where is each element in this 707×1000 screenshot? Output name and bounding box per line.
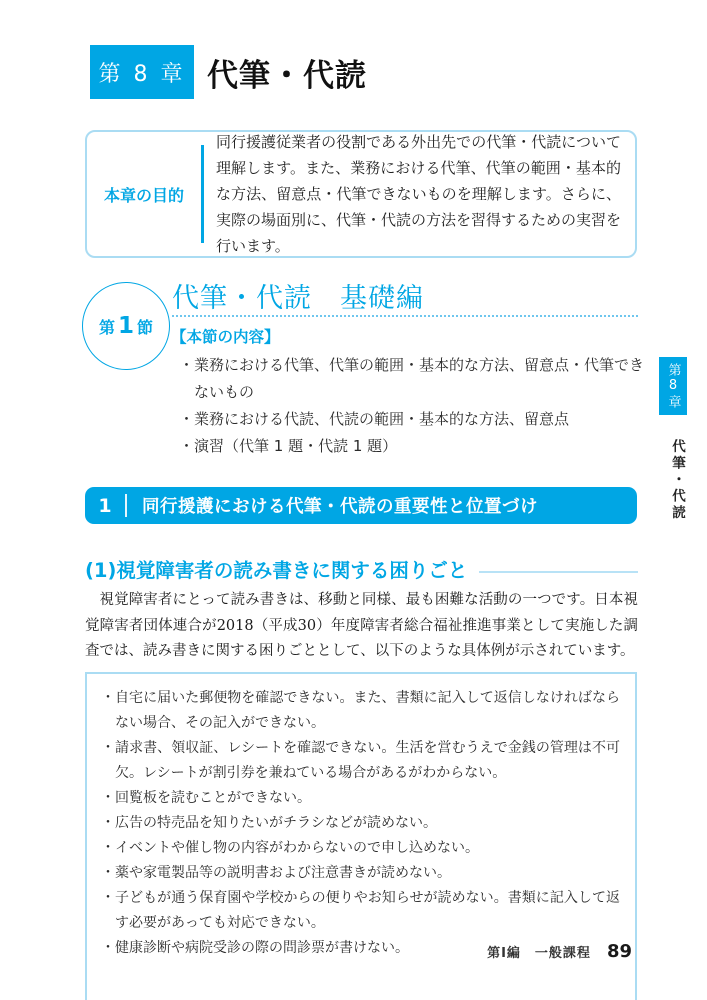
bullet-marker: ・ <box>101 740 115 756</box>
section-contents-item: ・業務における代読、代読の範囲・基本的な方法、留意点 <box>179 406 649 433</box>
purpose-text: 同行援護従業者の役割である外出先での代筆・代読について理解します。また、業務にお… <box>204 121 635 267</box>
section-badge-number: 1 <box>118 313 134 339</box>
page-footer: 第Ⅰ編 一般課程 89 <box>85 941 632 962</box>
section-badge-prefix: 第 <box>99 315 115 338</box>
bullet-marker: ・ <box>101 865 115 881</box>
side-tab-chapter-badge: 第8章 <box>659 357 687 415</box>
bullet-marker: ・ <box>101 840 115 856</box>
bullet-marker: ・ <box>101 690 115 706</box>
difficulty-item-text: 回覧板を読むことができない。 <box>115 790 311 806</box>
dotted-divider <box>172 315 638 317</box>
bullet-marker: ・ <box>179 356 194 374</box>
bullet-marker: ・ <box>101 815 115 831</box>
difficulty-item-text: 請求書、領収証、レシートを確認できない。生活を営むうえで金銭の管理は不可欠。レシ… <box>115 740 620 781</box>
difficulty-item-text: イベントや催し物の内容がわからないので申し込めない。 <box>115 840 479 856</box>
heading-rule <box>479 571 638 573</box>
section-title: 代筆・代読 基礎編 <box>172 276 424 315</box>
section-contents-item-text: 演習（代筆 1 題・代読 1 題） <box>194 437 397 455</box>
difficulty-item-text: 広告の特売品を知りたいがチラシなどが読めない。 <box>115 815 437 831</box>
page-number: 89 <box>607 941 632 962</box>
section-contents-list: ・業務における代筆、代筆の範囲・基本的な方法、留意点・代筆できないもの ・業務に… <box>179 352 649 460</box>
body-paragraph: 視覚障害者にとって読み書きは、移動と同様、最も困難な活動の一つです。日本視覚障害… <box>85 588 638 665</box>
chapter-purpose-box: 本章の目的 同行援護従業者の役割である外出先での代筆・代読について理解します。ま… <box>85 130 637 258</box>
difficulty-item-text: 子どもが通う保育園や学校からの便りやお知らせが読めない。書類に記入して返す必要が… <box>115 890 620 931</box>
difficulty-item-text: 薬や家電製品等の説明書および注意書きが読めない。 <box>115 865 451 881</box>
section-badge-suffix: 節 <box>137 315 153 338</box>
side-tab-chapter-title: 代筆・代読 <box>659 420 687 540</box>
banner-divider <box>125 494 127 517</box>
difficulty-item: ・回覧板を読むことができない。 <box>101 786 620 811</box>
section-contents-item: ・業務における代筆、代筆の範囲・基本的な方法、留意点・代筆できないもの <box>179 352 649 406</box>
bullet-marker: ・ <box>179 410 194 428</box>
difficulty-item: ・薬や家電製品等の説明書および注意書きが読めない。 <box>101 861 620 886</box>
section-number-badge: 第 1 節 <box>82 282 170 370</box>
topic-number: 1 <box>85 495 125 517</box>
section-contents-label: 【本節の内容】 <box>171 325 280 347</box>
bullet-marker: ・ <box>101 790 115 806</box>
chapter-number-badge: 第 8 章 <box>90 45 194 99</box>
difficulty-item: ・イベントや催し物の内容がわからないので申し込めない。 <box>101 836 620 861</box>
difficulty-list: ・自宅に届いた郵便物を確認できない。また、書類に記入して返信しなければならない場… <box>101 686 620 961</box>
section-contents-item: ・演習（代筆 1 題・代読 1 題） <box>179 433 649 460</box>
purpose-label: 本章の目的 <box>87 183 201 206</box>
difficulty-item: ・自宅に届いた郵便物を確認できない。また、書類に記入して返信しなければならない場… <box>101 686 620 736</box>
subsection-heading: (1)視覚障害者の読み書きに関する困りごと <box>85 555 638 583</box>
difficulty-item: ・子どもが通う保育園や学校からの便りやお知らせが読めない。書類に記入して返す必要… <box>101 886 620 936</box>
subsection-title: (1)視覚障害者の読み書きに関する困りごと <box>85 555 467 583</box>
difficulty-item: ・請求書、領収証、レシートを確認できない。生活を営むうえで金銭の管理は不可欠。レ… <box>101 736 620 786</box>
chapter-title: 代筆・代読 <box>207 45 367 99</box>
section-contents-item-text: 業務における代読、代読の範囲・基本的な方法、留意点 <box>194 410 569 428</box>
bullet-marker: ・ <box>179 437 194 455</box>
difficulty-item-text: 自宅に届いた郵便物を確認できない。また、書類に記入して返信しなければならない場合… <box>115 690 620 731</box>
difficulty-item: ・広告の特売品を知りたいがチラシなどが読めない。 <box>101 811 620 836</box>
topic-1-banner: 1 同行援護における代筆・代読の重要性と位置づけ <box>85 487 637 524</box>
section-contents-item-text: 業務における代筆、代筆の範囲・基本的な方法、留意点・代筆できないもの <box>194 356 644 401</box>
bullet-marker: ・ <box>101 890 115 906</box>
topic-title: 同行援護における代筆・代読の重要性と位置づけ <box>142 493 538 518</box>
textbook-page: 第 8 章 代筆・代読 本章の目的 同行援護従業者の役割である外出先での代筆・代… <box>0 0 707 1000</box>
footer-edition-label: 第Ⅰ編 一般課程 <box>487 942 591 961</box>
